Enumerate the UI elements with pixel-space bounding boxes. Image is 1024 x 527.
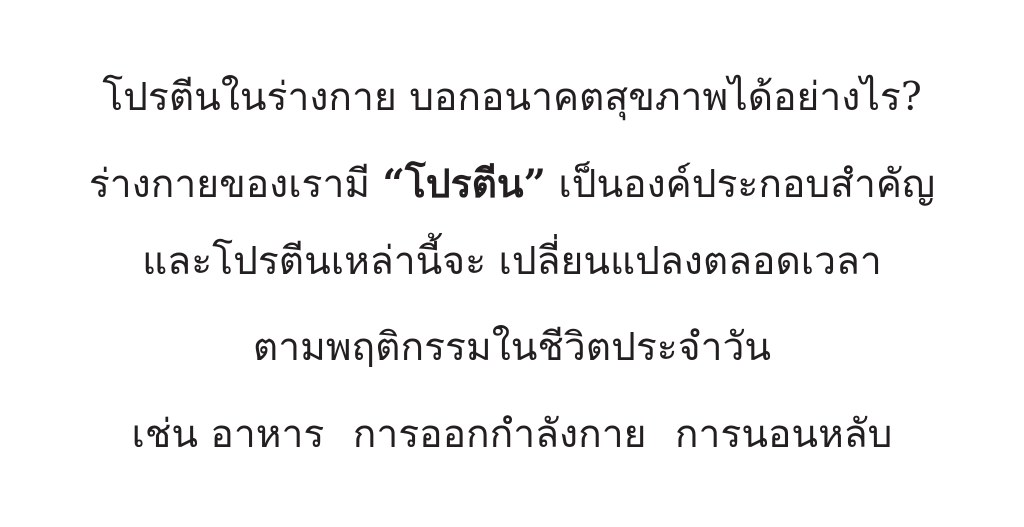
emphasized-protein-term: “โปรตีน”: [382, 161, 546, 207]
examples-intro: เช่น: [132, 412, 198, 457]
headline-question: โปรตีนในร่างกาย บอกอนาคตสุขภาพได้อย่างไร…: [0, 68, 1024, 128]
body-text: ร่างกายของเรามี: [89, 162, 383, 207]
body-line-protein-component: ร่างกายของเรามี “โปรตีน” เป็นองค์ประกอบส…: [0, 154, 1024, 214]
body-text: เป็นองค์ประกอบสำคัญ: [546, 162, 935, 207]
body-line-protein-changes: และโปรตีนเหล่านี้จะ เปลี่ยนแปลงตลอดเวลา: [0, 232, 1024, 292]
body-line-examples: เช่น อาหาร การออกกำลังกาย การนอนหลับ: [0, 405, 1024, 465]
example-food: อาหาร: [210, 412, 324, 457]
example-sleep: การนอนหลับ: [675, 412, 893, 457]
text-graphic: โปรตีนในร่างกาย บอกอนาคตสุขภาพได้อย่างไร…: [0, 0, 1024, 527]
body-line-daily-behavior: ตามพฤติกรรมในชีวิตประจำวัน: [0, 318, 1024, 378]
example-exercise: การออกกำลังกาย: [353, 412, 647, 457]
